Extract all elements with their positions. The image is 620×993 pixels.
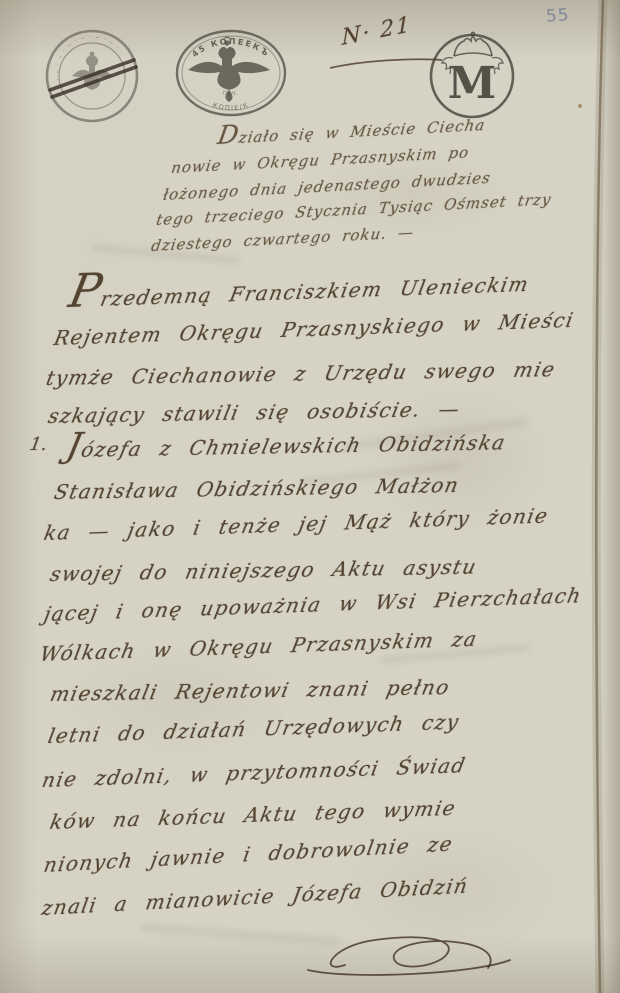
signature-flourish [300, 918, 530, 988]
folio-number: 55 [545, 5, 570, 27]
document-page-photo: 55 · – · – · – · – · – · – · [0, 0, 620, 993]
oval-stamp-bottom-text-1: КОПІЕ/К [212, 101, 250, 112]
monogram-stamp-graphic: M [426, 28, 518, 122]
round-revenue-stamp: · – · – · – · – · – · – · [42, 24, 142, 124]
monogram-letter: M [448, 58, 497, 109]
page-edge-shadow [600, 0, 620, 993]
oval-stamp-graphic: 45 КОПЕЕКЪ КОПІЕ/К ПЕЧ. [172, 26, 290, 120]
act-number-underline [326, 54, 446, 74]
round-stamp-graphic: · – · – · – · – · – · – · [42, 24, 142, 124]
crowned-monogram-stamp: M [426, 28, 518, 122]
oval-stamp-bottom-text-2: ПЕЧ. [222, 90, 240, 97]
svg-text:КОПІЕ/К: КОПІЕ/К [212, 101, 250, 112]
oval-kopeck-stamp: 45 КОПЕЕКЪ КОПІЕ/К ПЕЧ. [172, 26, 290, 120]
svg-text:ПЕЧ.: ПЕЧ. [222, 90, 240, 97]
